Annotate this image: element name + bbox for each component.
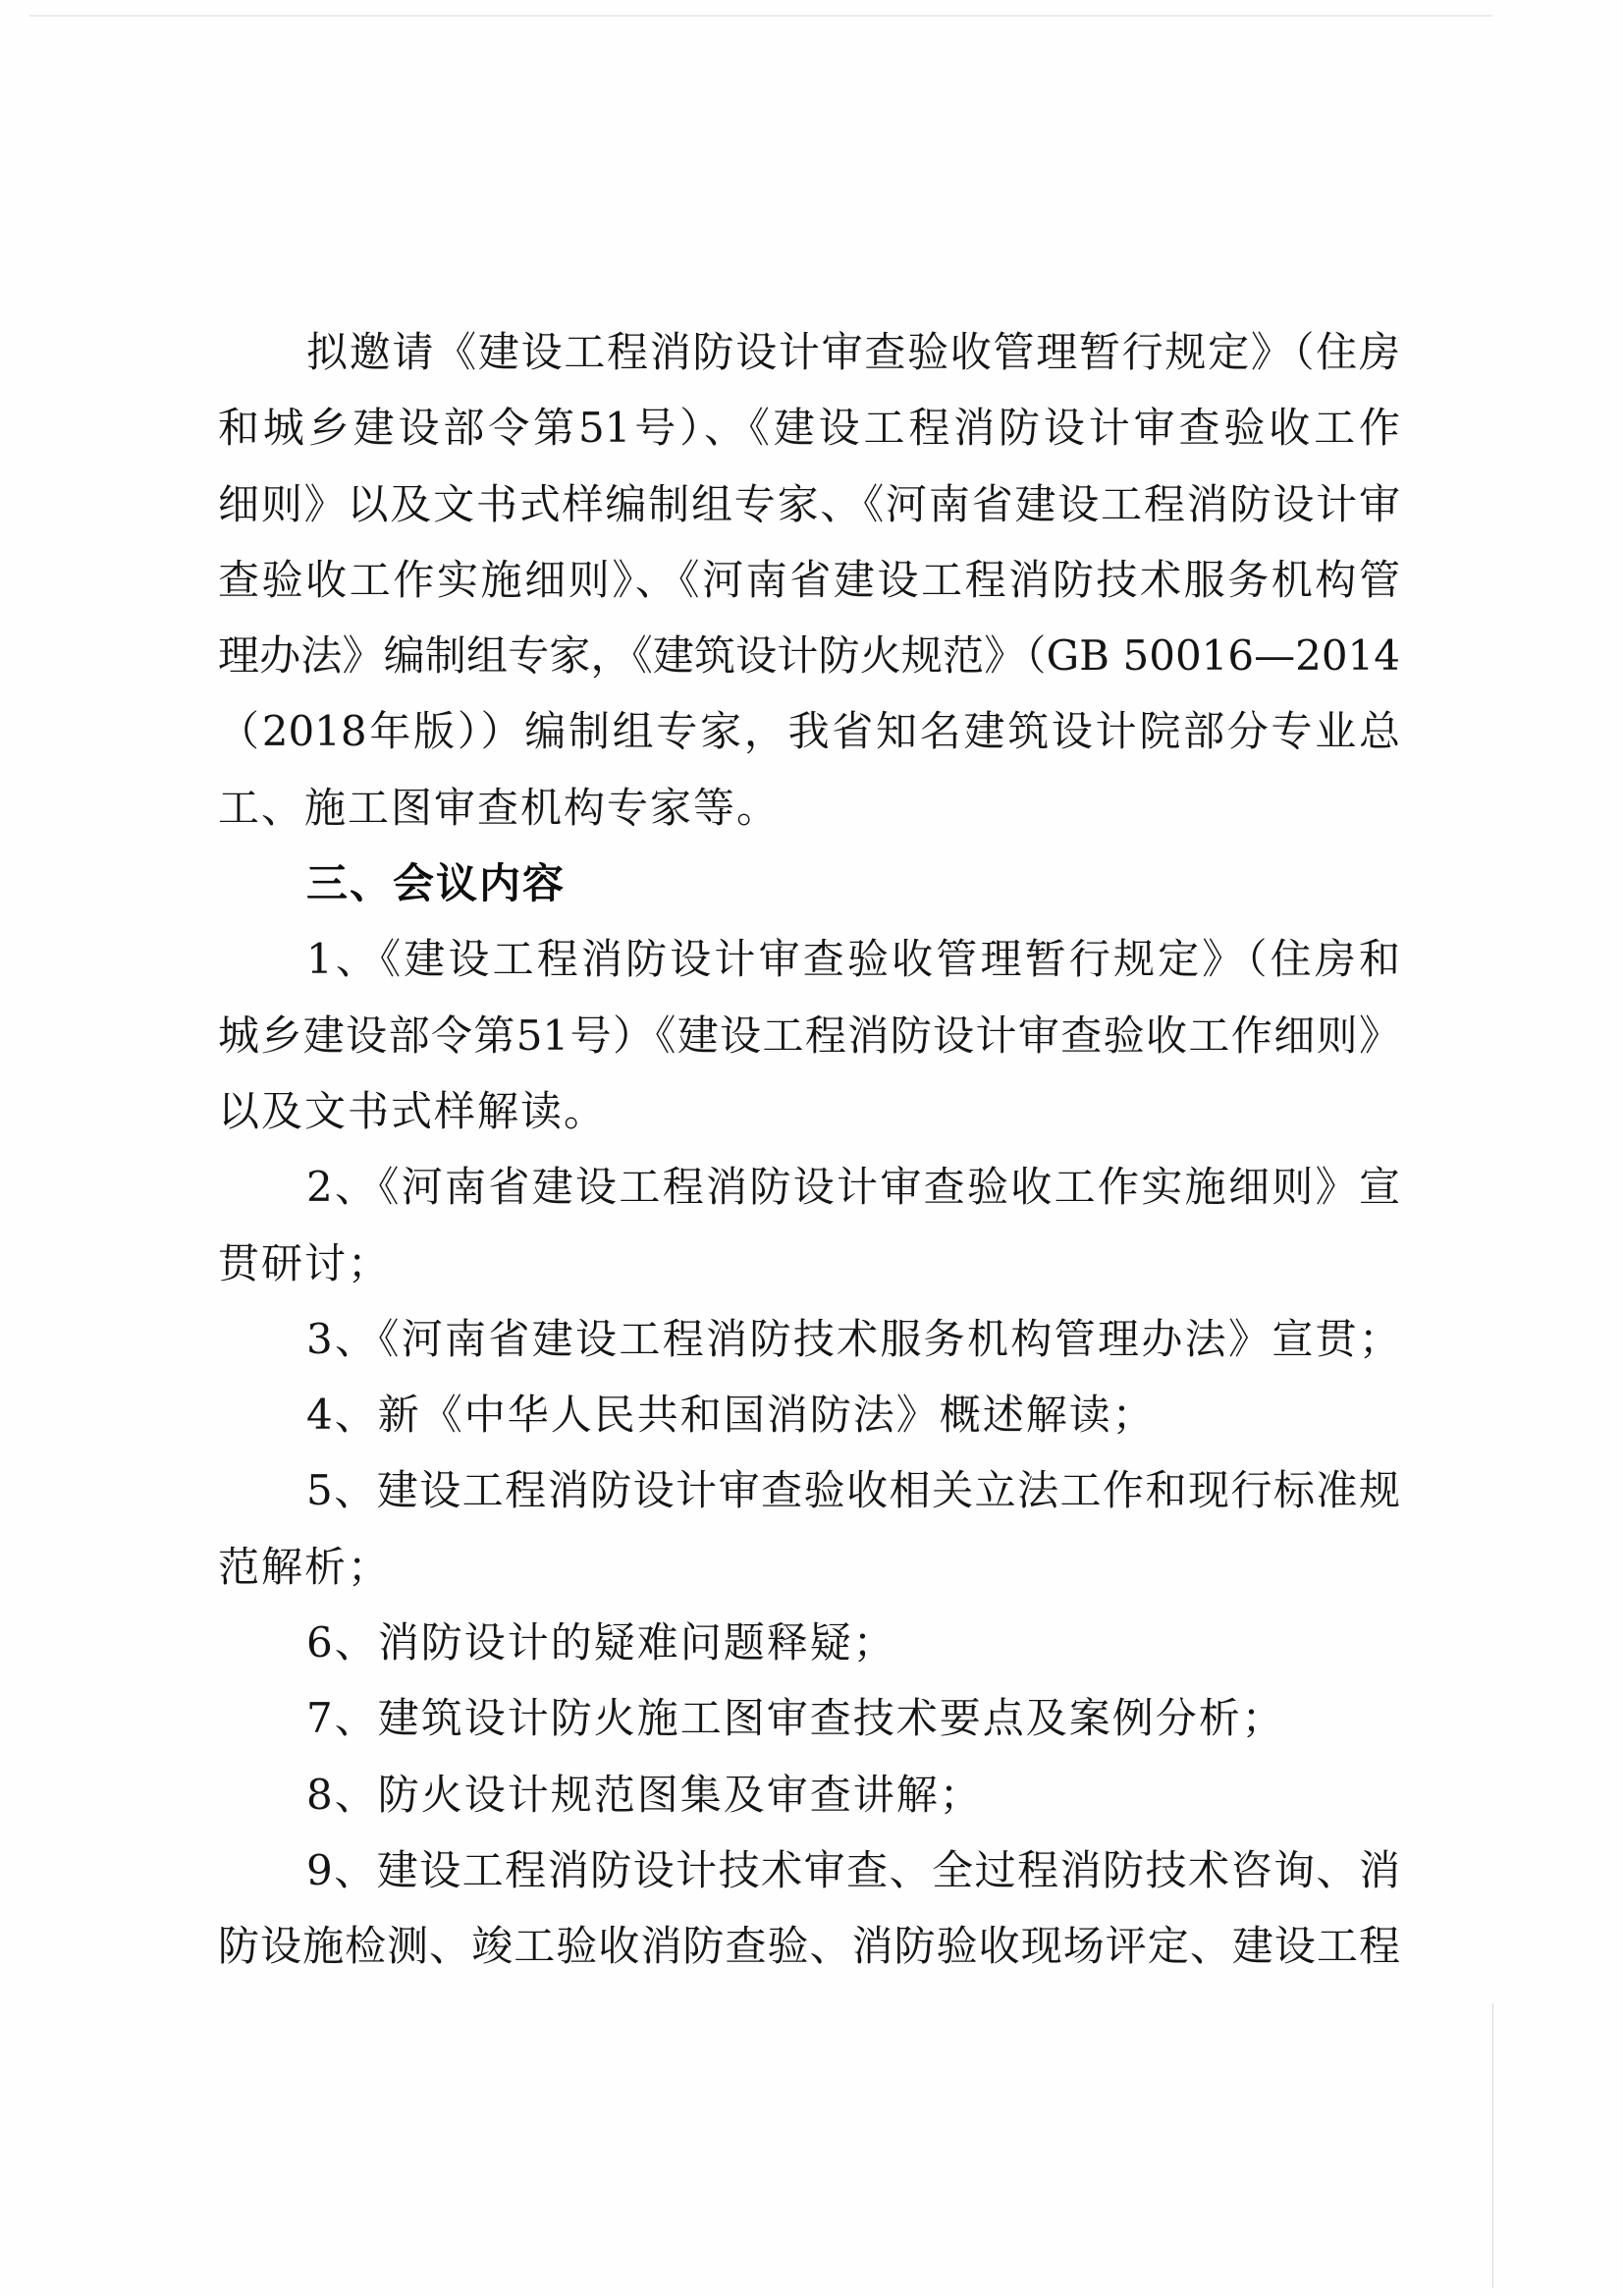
paragraph-line: 和城乡建设部令第51号）、《建设工程消防设计审查验收工作 — [218, 390, 1400, 465]
list-item-line: 防设施检测、竣工验收消防查验、消防验收现场评定、建设工程 — [218, 1908, 1400, 1984]
paragraph-line: （2018年版））编制组专家，我省知名建筑设计院部分专业总 — [218, 693, 1400, 769]
list-item-line: 3、《河南省建设工程消防技术服务机构管理办法》宣贯； — [218, 1301, 1400, 1377]
paragraph-line: 查验收工作实施细则》、《河南省建设工程消防技术服务机构管 — [218, 542, 1400, 618]
list-item-line: 范解析； — [218, 1529, 1400, 1605]
list-item-line: 贯研讨； — [218, 1226, 1400, 1301]
list-item-line: 9、建设工程消防设计技术审查、全过程消防技术咨询、消 — [218, 1832, 1400, 1908]
list-item-line: 5、建设工程消防设计审查验收相关立法工作和现行标准规 — [218, 1452, 1400, 1528]
paragraph-line: 细则》以及文书式样编制组专家、《河南省建设工程消防设计审 — [218, 466, 1400, 542]
scan-edge-top — [29, 15, 1492, 17]
list-item-line: 2、《河南省建设工程消防设计审查验收工作实施细则》宣 — [218, 1149, 1400, 1225]
list-item-line: 8、防火设计规范图集及审查讲解； — [218, 1757, 1400, 1832]
document-page: 拟邀请《建设工程消防设计审查验收管理暂行规定》（住房 和城乡建设部令第51号）、… — [0, 0, 1623, 2296]
list-item-line: 以及文书式样解读。 — [218, 1073, 1400, 1149]
document-body: 拟邀请《建设工程消防设计审查验收管理暂行规定》（住房 和城乡建设部令第51号）、… — [218, 314, 1400, 1985]
section-heading: 三、会议内容 — [218, 846, 1400, 921]
list-item-line: 7、建筑设计防火施工图审查技术要点及案例分析； — [218, 1680, 1400, 1756]
paragraph-line: 理办法》编制组专家，《建筑设计防火规范》（GB 50016—2014 — [218, 618, 1400, 693]
paragraph-line: 拟邀请《建设工程消防设计审查验收管理暂行规定》（住房 — [218, 314, 1400, 390]
list-item-line: 6、消防设计的疑难问题释疑； — [218, 1605, 1400, 1680]
scan-edge-right — [1492, 2003, 1493, 2288]
list-item-line: 城乡建设部令第51号）《建设工程消防设计审查验收工作细则》 — [218, 998, 1400, 1073]
list-item-line: 1、《建设工程消防设计审查验收管理暂行规定》（住房和 — [218, 921, 1400, 997]
paragraph-line: 工、施工图审查机构专家等。 — [218, 770, 1400, 846]
list-item-line: 4、新《中华人民共和国消防法》概述解读； — [218, 1377, 1400, 1452]
